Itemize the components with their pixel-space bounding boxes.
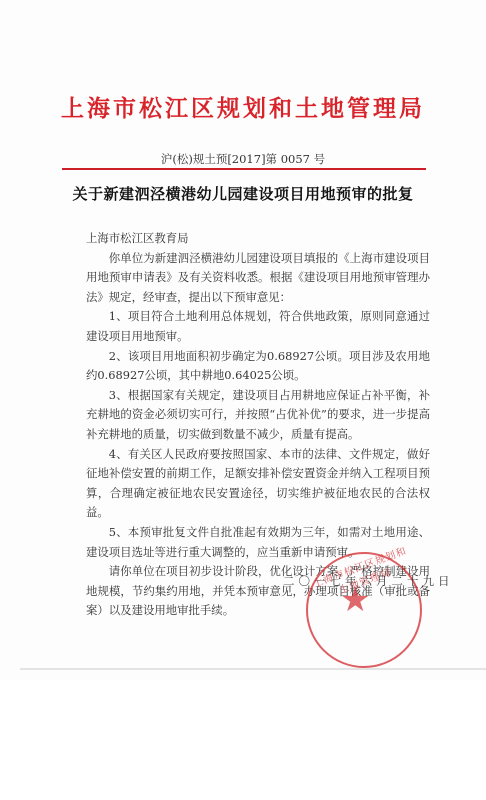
letterhead: 上海市松江区规划和土地管理局 <box>0 90 486 123</box>
document-number: 沪(松)规土预[2017]第 0057 号 <box>0 151 486 167</box>
paragraph-item-2: 2、该项目用地面积初步确定为0.68927公顷。项目涉及农用地约0.68927公… <box>86 347 430 386</box>
red-divider <box>62 168 426 170</box>
document-title: 关于新建泗泾横港幼儿园建设项目用地预审的批复 <box>0 183 486 204</box>
paragraph-item-3: 3、根据国家有关规定，建设项目占用耕地应保证占补平衡，补充耕地的资金必须切实可行… <box>86 386 430 445</box>
addressee: 上海市松江区教育局 <box>86 229 430 249</box>
page-edge <box>20 668 486 670</box>
paragraph-item-4: 4、有关区人民政府要按照国家、本市的法律、文件规定，做好征地补偿安置的前期工作，… <box>86 445 430 523</box>
paragraph-item-1: 1、项目符合土地利用总体规划，符合供地政策，原则同意通过建设项目用地预审。 <box>86 307 430 346</box>
issue-date: 二〇一七年六月二十九日 <box>283 573 454 589</box>
document-page: 上海市松江区规划和土地管理局 沪(松)规土预[2017]第 0057 号 关于新… <box>0 0 486 680</box>
paragraph-intro: 你单位为新建泗泾横港幼儿园建设项目填报的《上海市建设项目用地预审申请表》及有关资… <box>86 249 430 308</box>
